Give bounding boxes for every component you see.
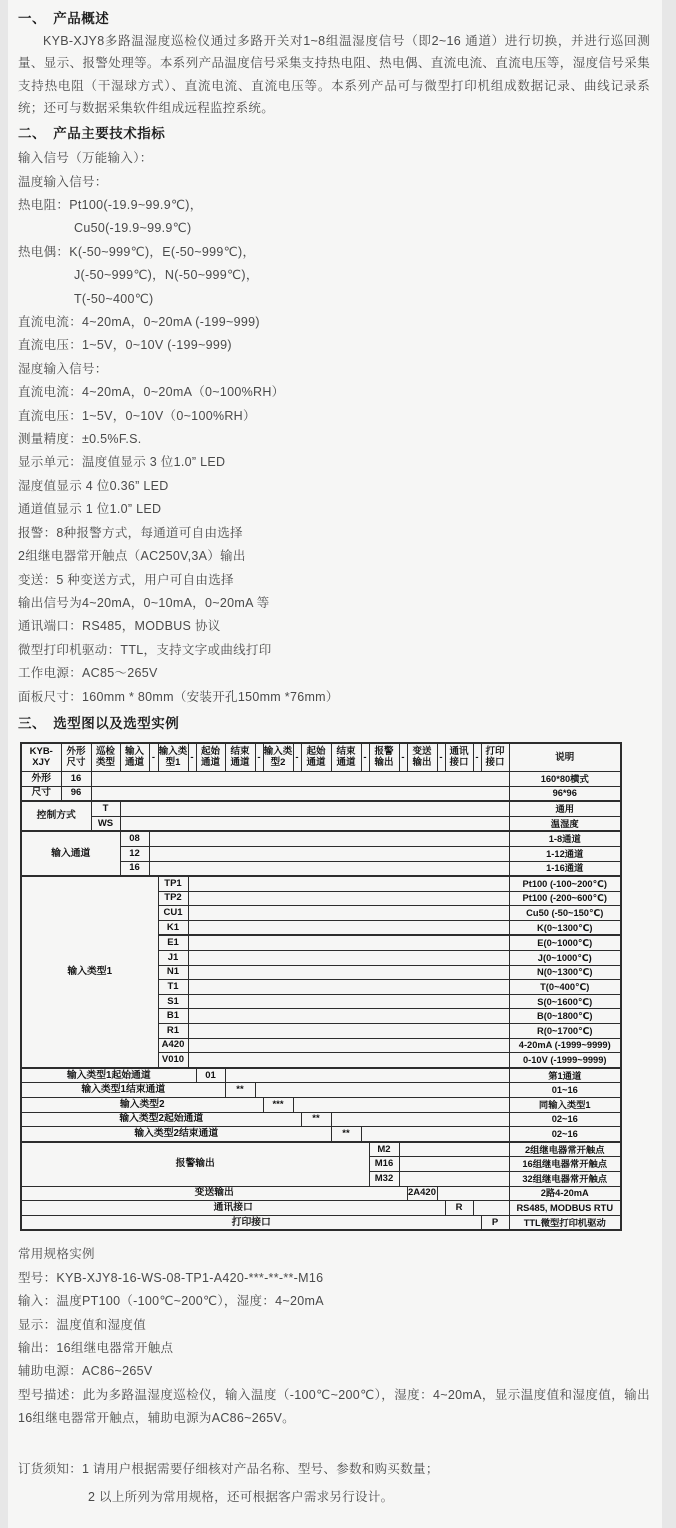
spec-line: 变送：5 种变送方式，用户可自由选择 (18, 569, 650, 592)
table-blank-cell (399, 1142, 509, 1157)
spec-line: 输出信号为4~20mA，0~10mA，0~20mA 等 (18, 592, 650, 615)
header-cell: 结束 通道 (225, 743, 255, 772)
table-desc-cell: Pt100 (-200~600℃) (509, 891, 621, 906)
spec-line: Cu50(-19.9~99.9℃) (18, 217, 650, 240)
order-notes: 订货须知：1 请用户根据需要仔细核对产品名称、型号、参数和购买数量；2 以上所列… (18, 1455, 650, 1511)
header-cell: 输入 通道 (120, 743, 149, 772)
spec-line: J(-50~999℃)，N(-50~999℃)， (18, 264, 650, 287)
table-code-cell: R (445, 1201, 473, 1216)
table-label-cell: 控制方式 (21, 801, 91, 831)
table-code-cell: R1 (158, 1024, 188, 1039)
table-blank-cell (149, 861, 509, 876)
table-code-cell: ** (331, 1127, 361, 1142)
spec-line: 通道值显示 1 位1.0” LED (18, 498, 650, 521)
table-code-cell: TP1 (158, 876, 188, 891)
table-blank-cell (91, 771, 509, 786)
table-code-cell: E1 (158, 935, 188, 950)
table-desc-cell: 96*96 (509, 786, 621, 801)
spec-line: 热电偶：K(-50~999℃)，E(-50~999℃)， (18, 241, 650, 264)
table-desc-cell: TTL微型打印机驱动 (509, 1215, 621, 1230)
table-code-cell: CU1 (158, 906, 188, 921)
table-blank-cell (331, 1112, 509, 1127)
table-code-cell: T (91, 801, 120, 816)
table-code-cell: WS (91, 816, 120, 831)
table-blank-cell (188, 935, 509, 950)
table-desc-cell: 通用 (509, 801, 621, 816)
table-code-cell: 12 (120, 846, 149, 861)
table-code-cell: A420 (158, 1038, 188, 1053)
table-code-cell: B1 (158, 1009, 188, 1024)
table-label-cell: 输入类型1结束通道 (21, 1083, 225, 1098)
section-2-heading: 二、 产品主要技术指标 (18, 122, 650, 145)
table-code-cell: M16 (369, 1157, 399, 1172)
table-code-cell: V010 (158, 1053, 188, 1068)
table-code-cell: 2A420 (407, 1186, 437, 1201)
spec-line: 直流电流：4~20mA，0~20mA（0~100%RH） (18, 381, 650, 404)
header-cell: 打印 接口 (481, 743, 509, 772)
table-code-cell: M32 (369, 1171, 399, 1186)
table-blank-cell (361, 1127, 509, 1142)
table-desc-cell: 同输入类型1 (509, 1098, 621, 1113)
table-desc-cell: 02~16 (509, 1112, 621, 1127)
header-dash-cell: - (149, 743, 158, 772)
table-desc-cell: 02~16 (509, 1127, 621, 1142)
spec-line: 2组继电器常开触点（AC250V,3A）输出 (18, 545, 650, 568)
table-desc-cell: B(0~1800℃) (509, 1009, 621, 1024)
table-blank-cell (473, 1201, 509, 1216)
table-desc-cell: 2路4-20mA (509, 1186, 621, 1201)
table-blank-cell (188, 876, 509, 891)
table-desc-cell: 1-8通道 (509, 831, 621, 846)
tech-spec-list: 输入信号（万能输入）：温度输入信号：热电阻：Pt100(-19.9~99.9℃)… (18, 147, 650, 709)
table-label-cell: 输入类型1起始通道 (21, 1068, 196, 1083)
table-code-cell: ** (301, 1112, 331, 1127)
example-line: 输出：16组继电器常开触点 (18, 1337, 650, 1360)
table-code-cell: M2 (369, 1142, 399, 1157)
spec-line: 微型打印机驱动：TTL，支持文字或曲线打印 (18, 639, 650, 662)
header-dash-cell: - (361, 743, 369, 772)
header-cell: 说明 (509, 743, 621, 772)
table-blank-cell (188, 951, 509, 966)
table-desc-cell: 2组继电器常开触点 (509, 1142, 621, 1157)
table-blank-cell (188, 965, 509, 980)
table-blank-cell (91, 786, 509, 801)
table-desc-cell: Cu50 (-50~150℃) (509, 906, 621, 921)
table-label-cell: 尺寸 (21, 786, 61, 801)
table-blank-cell (188, 891, 509, 906)
header-dash-cell: - (188, 743, 196, 772)
header-cell: 通讯 接口 (445, 743, 473, 772)
table-label-cell: 外形 (21, 771, 61, 786)
table-label-cell: 打印接口 (21, 1215, 481, 1230)
table-blank-cell (437, 1186, 509, 1201)
product-overview-paragraph: KYB-XJY8多路温湿度巡检仪通过多路开关对1~8组温湿度信号（即2~16 通… (18, 30, 650, 119)
spec-line: 报警：8种报警方式，每通道可自由选择 (18, 522, 650, 545)
table-desc-cell: J(0~1000℃) (509, 951, 621, 966)
spec-line: 热电阻：Pt100(-19.9~99.9℃)， (18, 194, 650, 217)
model-description-paragraph: 型号描述：此为多路温湿度巡检仪，输入温度（-100℃~200℃），湿度：4~20… (18, 1384, 650, 1431)
table-blank-cell (149, 831, 509, 846)
table-blank-cell (188, 1009, 509, 1024)
header-cell: 起始 通道 (196, 743, 225, 772)
document-page: 一、 产品概述 KYB-XJY8多路温湿度巡检仪通过多路开关对1~8组温湿度信号… (8, 0, 662, 1528)
header-dash-cell: - (473, 743, 481, 772)
table-blank-cell (188, 1053, 509, 1068)
spec-line: 显示单元：温度值显示 3 位1.0” LED (18, 451, 650, 474)
table-code-cell: S1 (158, 994, 188, 1009)
spec-line: 温度输入信号： (18, 171, 650, 194)
table-desc-cell: R(0~1700℃) (509, 1024, 621, 1039)
table-label-cell: 通讯接口 (21, 1201, 445, 1216)
header-cell: 外形 尺寸 (61, 743, 91, 772)
table-code-cell: K1 (158, 920, 188, 935)
header-dash-cell: - (399, 743, 407, 772)
section-1-heading: 一、 产品概述 (18, 7, 650, 30)
header-dash-cell: - (255, 743, 263, 772)
spec-line: 直流电流：4~20mA，0~20mA (-199~999) (18, 311, 650, 334)
section-3-heading: 三、 选型图以及选型实例 (18, 712, 650, 735)
spec-line: T(-50~400℃) (18, 288, 650, 311)
spec-line: 直流电压：1~5V，0~10V (-199~999) (18, 334, 650, 357)
header-cell: 报警 输出 (369, 743, 399, 772)
table-blank-cell (188, 920, 509, 935)
table-blank-cell (225, 1068, 509, 1083)
example-line: 输入：温度PT100（-100℃~200℃），湿度：4~20mA (18, 1290, 650, 1313)
spec-line: 输入信号（万能输入）： (18, 147, 650, 170)
header-cell: 输入类 型1 (158, 743, 188, 772)
table-blank-cell (399, 1157, 509, 1172)
header-cell: 巡检 类型 (91, 743, 120, 772)
table-code-cell: 16 (61, 771, 91, 786)
spec-line: 直流电压：1~5V，0~10V（0~100%RH） (18, 405, 650, 428)
order-note-line: 2 以上所列为常用规格，还可根据客户需求另行设计。 (18, 1483, 650, 1511)
table-blank-cell (399, 1171, 509, 1186)
table-label-cell: 输入类型1 (21, 876, 158, 1068)
header-cell: 起始 通道 (301, 743, 331, 772)
header-dash-cell: - (437, 743, 445, 772)
table-desc-cell: N(0~1300℃) (509, 965, 621, 980)
example-block: 型号：KYB-XJY8-16-WS-08-TP1-A420-***-**-**-… (18, 1267, 650, 1384)
table-label-cell: 输入通道 (21, 831, 120, 876)
table-desc-cell: 0-10V (-1999~9999) (509, 1053, 621, 1068)
table-code-cell: TP2 (158, 891, 188, 906)
table-code-cell: ** (225, 1083, 255, 1098)
table-label-cell: 输入类型2起始通道 (21, 1112, 301, 1127)
spec-line: 通讯端口：RS485，MODBUS 协议 (18, 615, 650, 638)
table-desc-cell: 16组继电器常开触点 (509, 1157, 621, 1172)
table-blank-cell (188, 1024, 509, 1039)
table-desc-cell: E(0~1000℃) (509, 935, 621, 950)
table-blank-cell (293, 1098, 509, 1113)
table-blank-cell (120, 816, 509, 831)
table-desc-cell: 32组继电器常开触点 (509, 1171, 621, 1186)
table-label-cell: 变送输出 (21, 1186, 407, 1201)
table-code-cell: 01 (196, 1068, 225, 1083)
table-blank-cell (188, 994, 509, 1009)
header-dash-cell: - (293, 743, 301, 772)
spec-line: 湿度值显示 4 位0.36” LED (18, 475, 650, 498)
table-code-cell: N1 (158, 965, 188, 980)
table-desc-cell: 第1通道 (509, 1068, 621, 1083)
table-blank-cell (188, 980, 509, 995)
header-cell: KYB- XJY (21, 743, 61, 772)
header-cell: 变送 输出 (407, 743, 437, 772)
table-desc-cell: S(0~1600℃) (509, 994, 621, 1009)
table-blank-cell (188, 906, 509, 921)
table-desc-cell: T(0~400℃) (509, 980, 621, 995)
table-code-cell: P (481, 1215, 509, 1230)
example-line: 显示：温度值和湿度值 (18, 1314, 650, 1337)
table-desc-cell: Pt100 (-100~200℃) (509, 876, 621, 891)
model-selection-table: KYB- XJY外形 尺寸巡检 类型输入 通道-输入类 型1-起始 通道结束 通… (20, 742, 622, 1231)
table-desc-cell: 4-20mA (-1999~9999) (509, 1038, 621, 1053)
table-code-cell: J1 (158, 951, 188, 966)
table-desc-cell: RS485, MODBUS RTU (509, 1201, 621, 1216)
example-line: 辅助电源：AC86~265V (18, 1360, 650, 1383)
example-title: 常用规格实例 (18, 1243, 650, 1266)
table-blank-cell (149, 846, 509, 861)
header-cell: 输入类 型2 (263, 743, 293, 772)
spec-line: 工作电源：AC85～265V (18, 662, 650, 685)
table-blank-cell (120, 801, 509, 816)
table-code-cell: 16 (120, 861, 149, 876)
table-code-cell: 08 (120, 831, 149, 846)
table-desc-cell: 温湿度 (509, 816, 621, 831)
table-code-cell: *** (263, 1098, 293, 1113)
table-blank-cell (255, 1083, 509, 1098)
example-line: 型号：KYB-XJY8-16-WS-08-TP1-A420-***-**-**-… (18, 1267, 650, 1290)
spec-line: 面板尺寸：160mm * 80mm（安装开孔150mm *76mm） (18, 686, 650, 709)
table-desc-cell: 1-16通道 (509, 861, 621, 876)
header-cell: 结束 通道 (331, 743, 361, 772)
spec-line: 湿度输入信号： (18, 358, 650, 381)
table-code-cell: 96 (61, 786, 91, 801)
table-desc-cell: 01~16 (509, 1083, 621, 1098)
spec-line: 测量精度：±0.5%F.S. (18, 428, 650, 451)
order-note-line: 订货须知：1 请用户根据需要仔细核对产品名称、型号、参数和购买数量； (18, 1455, 650, 1483)
table-desc-cell: 1-12通道 (509, 846, 621, 861)
table-code-cell: T1 (158, 980, 188, 995)
table-label-cell: 报警输出 (21, 1142, 369, 1186)
table-label-cell: 输入类型2 (21, 1098, 263, 1113)
table-label-cell: 输入类型2结束通道 (21, 1127, 331, 1142)
table-blank-cell (188, 1038, 509, 1053)
table-desc-cell: 160*80横式 (509, 771, 621, 786)
table-desc-cell: K(0~1300℃) (509, 920, 621, 935)
